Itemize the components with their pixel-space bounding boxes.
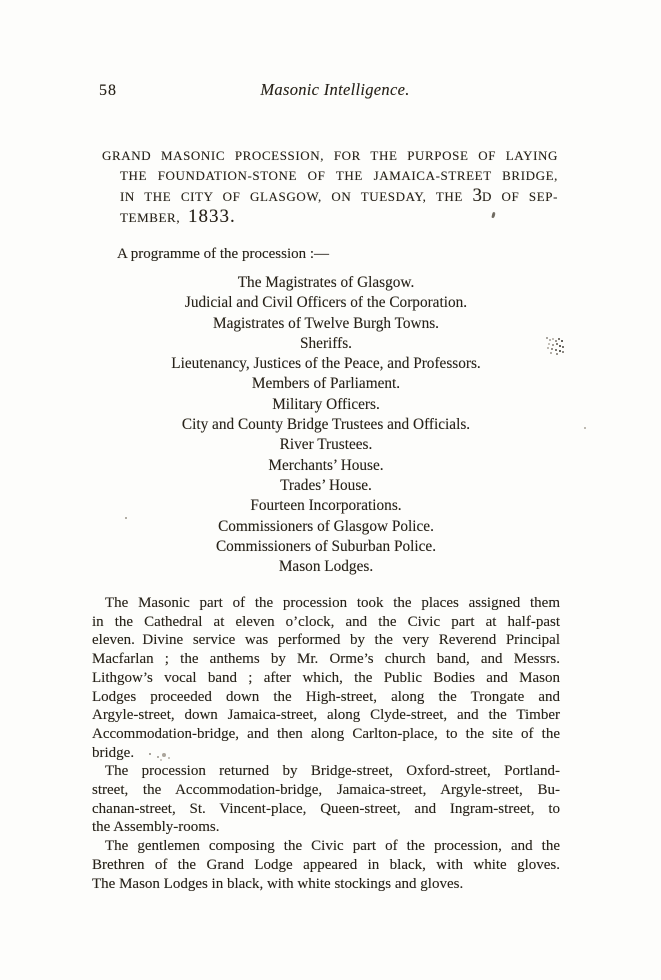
ink-smudge — [149, 753, 151, 755]
heading-line-1: GRAND MASONIC PROCESSION, FOR THE PURPOS… — [102, 146, 558, 166]
procession-item: Merchants’ House. — [92, 456, 560, 476]
heading-day-numeral: 3 — [472, 185, 482, 206]
text-line: The Masonic part of the procession took … — [92, 594, 560, 613]
procession-item: Commissioners of Glasgow Police. — [92, 517, 560, 537]
paragraph-1: The Masonic part of the procession took … — [92, 594, 560, 762]
procession-item: Judicial and Civil Officers of the Corpo… — [92, 293, 560, 313]
heading-line-3: IN THE CITY OF GLASGOW, ON TUESDAY, THE … — [120, 186, 558, 207]
procession-item: Commissioners of Suburban Police. — [92, 537, 560, 557]
procession-item: Lieutenancy, Justices of the Peace, and … — [92, 354, 560, 374]
procession-item: River Trustees. — [92, 435, 560, 455]
text-line: the Assembly-rooms. — [92, 818, 560, 837]
heading-line-4-text: TEMBER, — [120, 210, 188, 225]
ink-blot — [546, 337, 548, 339]
text-line: The gentlemen composing the Civic part o… — [92, 837, 560, 856]
text-line: Brethren of the Grand Lodge appeared in … — [92, 856, 560, 875]
procession-item: Magistrates of Twelve Burgh Towns. — [92, 314, 560, 334]
procession-item: Sheriffs. — [92, 334, 560, 354]
heading-line-2: THE FOUNDATION-STONE OF THE JAMAICA-STRE… — [120, 166, 558, 186]
paragraph-3: The gentlemen composing the Civic part o… — [92, 837, 560, 893]
article-heading: GRAND MASONIC PROCESSION, FOR THE PURPOS… — [102, 146, 558, 228]
running-title: Masonic Intelligence. — [99, 80, 571, 100]
procession-item: City and County Bridge Trustees and Offi… — [92, 415, 560, 435]
procession-item: Trades’ House. — [92, 476, 560, 496]
text-line: in the Cathedral at eleven o’clock, and … — [92, 613, 560, 632]
text-line: The procession returned by Bridge-street… — [92, 762, 560, 781]
procession-item: Mason Lodges. — [92, 557, 560, 577]
text-line: eleven. Divine service was performed by … — [92, 631, 560, 650]
ink-speck — [584, 427, 586, 429]
procession-list: The Magistrates of Glasgow.Judicial and … — [92, 273, 560, 577]
text-line: Argyle-street, down Jamaica-street, alon… — [92, 706, 560, 725]
heading-year: 1833. — [188, 206, 236, 227]
text-line: street, the Accommodation-bridge, Jamaic… — [92, 781, 560, 800]
procession-intro: A programme of the procession :— — [117, 244, 329, 264]
heading-line-3-text: IN THE CITY OF GLASGOW, ON TUESDAY, THE — [120, 189, 472, 204]
procession-item: Fourteen Incorporations. — [92, 496, 560, 516]
book-page: 58 Masonic Intelligence. GRAND MASONIC P… — [0, 0, 661, 980]
text-line: Macfarlan ; the anthems by Mr. Orme’s ch… — [92, 650, 560, 669]
ink-speck — [125, 517, 127, 519]
text-line: bridge. — [92, 744, 560, 763]
procession-item: Military Officers. — [92, 395, 560, 415]
text-line: Accommodation-bridge, and then along Car… — [92, 725, 560, 744]
procession-item: Members of Parliament. — [92, 374, 560, 394]
paragraph-2: The procession returned by Bridge-street… — [92, 762, 560, 837]
article-body: The Masonic part of the procession took … — [92, 594, 560, 893]
heading-line-3-tail: D OF SEP- — [482, 189, 558, 204]
text-line: The Mason Lodges in black, with white st… — [92, 875, 560, 894]
text-line: Lodges proceeded down the High-street, a… — [92, 688, 560, 707]
text-line: Lithgow’s vocal band ; after which, the … — [92, 669, 560, 688]
text-line: chanan-street, St. Vincent-place, Queen-… — [92, 800, 560, 819]
procession-item: The Magistrates of Glasgow. — [92, 273, 560, 293]
